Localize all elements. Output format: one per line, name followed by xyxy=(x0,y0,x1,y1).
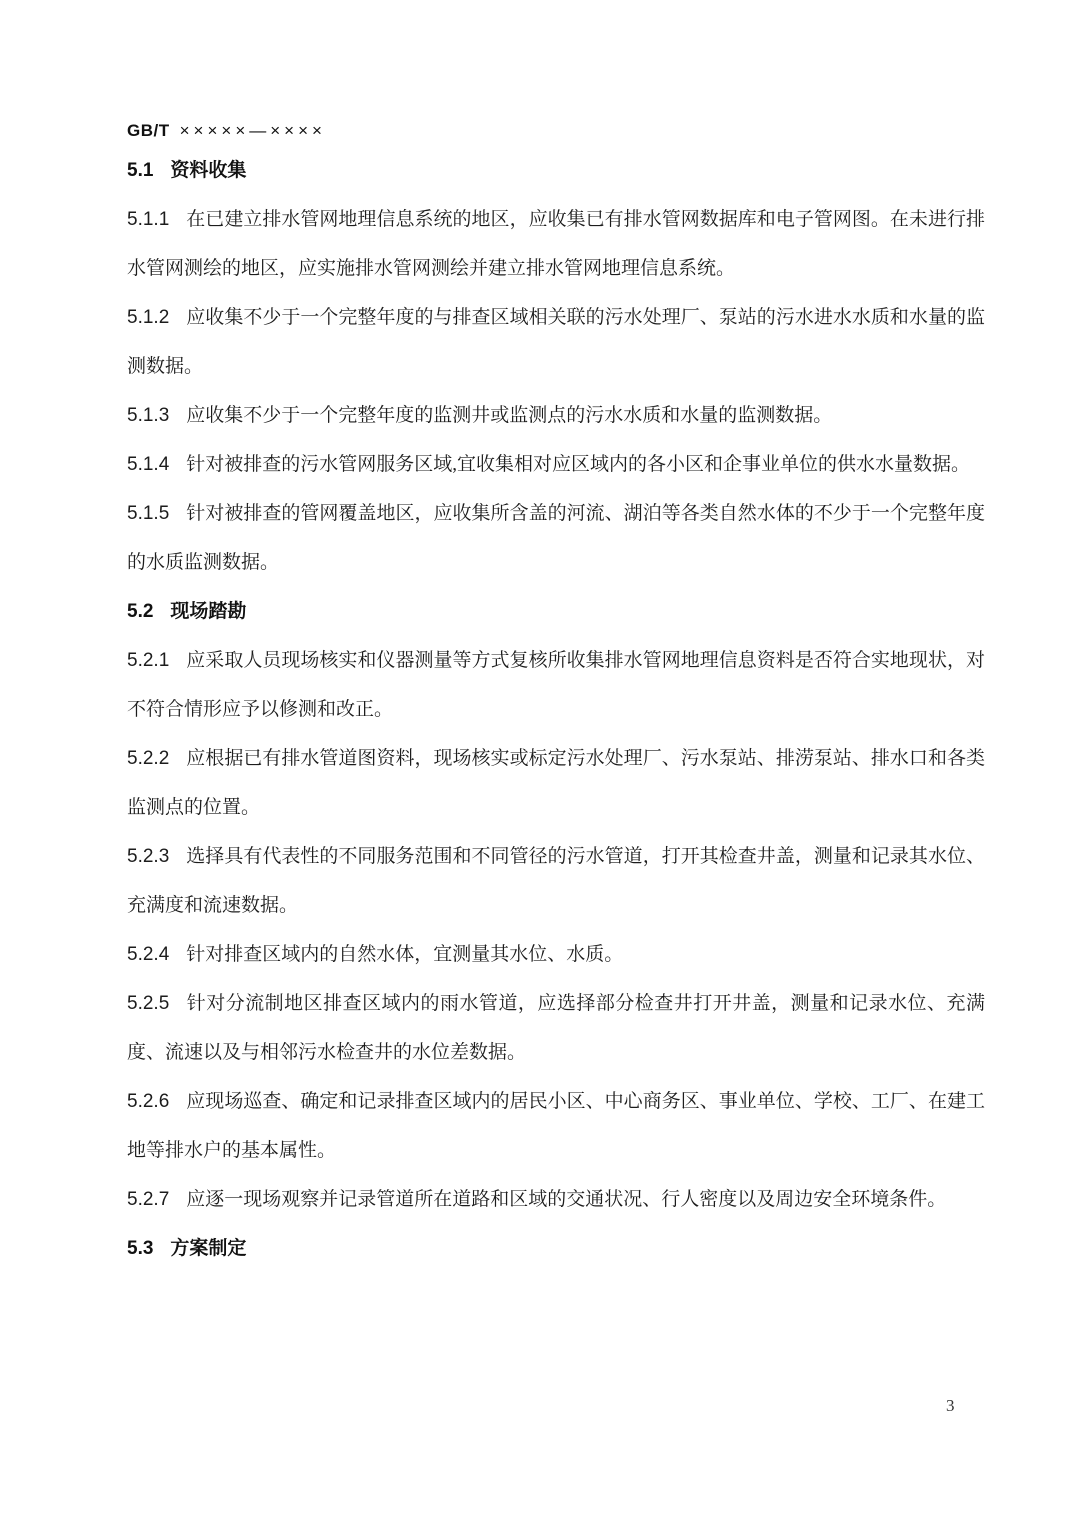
clause-number: 5.1.2 xyxy=(127,307,169,328)
clause-text: 应逐一现场观察并记录管道所在道路和区域的交通状况、行人密度以及周边安全环境条件。 xyxy=(186,1189,946,1210)
clause-number: 5.1.1 xyxy=(127,209,169,230)
document-header: GB/T×××××—×××× xyxy=(127,116,985,146)
clause-5-1-2: 5.1.2应收集不少于一个完整年度的与排查区域相关联的污水处理厂、泵站的污水进水… xyxy=(127,293,985,391)
section-number: 5.3 xyxy=(127,1238,153,1259)
section-title: 资料收集 xyxy=(170,160,246,181)
clause-text: 针对排查区域内的自然水体，宜测量其水位、水质。 xyxy=(186,944,623,965)
clause-number: 5.2.3 xyxy=(127,846,169,867)
clause-5-1-3: 5.1.3应收集不少于一个完整年度的监测井或监测点的污水水质和水量的监测数据。 xyxy=(127,391,985,440)
clause-number: 5.2.4 xyxy=(127,944,169,965)
clause-5-2-5: 5.2.5针对分流制地区排查区域内的雨水管道，应选择部分检查井打开井盖，测量和记… xyxy=(127,979,985,1077)
clause-number: 5.2.1 xyxy=(127,650,169,671)
document-page: GB/T×××××—×××× 5.1资料收集 5.1.1在已建立排水管网地理信息… xyxy=(0,0,1080,1527)
clause-text: 应收集不少于一个完整年度的与排查区域相关联的污水处理厂、泵站的污水进水水质和水量… xyxy=(127,307,985,377)
clause-number: 5.2.6 xyxy=(127,1091,169,1112)
clause-number: 5.1.4 xyxy=(127,454,169,475)
section-heading-5-1: 5.1资料收集 xyxy=(127,146,985,195)
clause-5-2-7: 5.2.7应逐一现场观察并记录管道所在道路和区域的交通状况、行人密度以及周边安全… xyxy=(127,1175,985,1224)
clause-5-2-3: 5.2.3选择具有代表性的不同服务范围和不同管径的污水管道，打开其检查井盖，测量… xyxy=(127,832,985,930)
section-title: 现场踏勘 xyxy=(170,601,246,622)
clause-number: 5.2.5 xyxy=(127,993,169,1014)
clause-text: 应根据已有排水管道图资料，现场核实或标定污水处理厂、污水泵站、排涝泵站、排水口和… xyxy=(127,748,985,818)
clause-5-2-2: 5.2.2应根据已有排水管道图资料，现场核实或标定污水处理厂、污水泵站、排涝泵站… xyxy=(127,734,985,832)
section-heading-5-2: 5.2现场踏勘 xyxy=(127,587,985,636)
clause-number: 5.2.2 xyxy=(127,748,169,769)
clause-5-1-5: 5.1.5针对被排查的管网覆盖地区，应收集所含盖的河流、湖泊等各类自然水体的不少… xyxy=(127,489,985,587)
clause-5-1-4: 5.1.4针对被排查的污水管网服务区域,宜收集相对应区域内的各小区和企事业单位的… xyxy=(127,440,985,489)
clause-text: 在已建立排水管网地理信息系统的地区，应收集已有排水管网数据库和电子管网图。在未进… xyxy=(127,209,985,279)
clause-5-2-4: 5.2.4针对排查区域内的自然水体，宜测量其水位、水质。 xyxy=(127,930,985,979)
clause-number: 5.1.5 xyxy=(127,503,169,524)
section-heading-5-3: 5.3方案制定 xyxy=(127,1224,985,1273)
section-title: 方案制定 xyxy=(170,1238,246,1259)
clause-5-2-1: 5.2.1应采取人员现场核实和仪器测量等方式复核所收集排水管网地理信息资料是否符… xyxy=(127,636,985,734)
clause-text: 针对分流制地区排查区域内的雨水管道，应选择部分检查井打开井盖，测量和记录水位、充… xyxy=(127,993,985,1063)
section-number: 5.2 xyxy=(127,601,153,622)
clause-number: 5.2.7 xyxy=(127,1189,169,1210)
clause-text: 针对被排查的污水管网服务区域,宜收集相对应区域内的各小区和企事业单位的供水水量数… xyxy=(186,454,970,475)
standard-number: ×××××—×××× xyxy=(180,121,326,140)
document-body: 5.1资料收集 5.1.1在已建立排水管网地理信息系统的地区，应收集已有排水管网… xyxy=(127,146,985,1273)
clause-text: 应收集不少于一个完整年度的监测井或监测点的污水水质和水量的监测数据。 xyxy=(186,405,832,426)
page-number: 3 xyxy=(946,1396,955,1416)
standard-prefix: GB/T xyxy=(127,121,170,140)
clause-5-2-6: 5.2.6应现场巡查、确定和记录排查区域内的居民小区、中心商务区、事业单位、学校… xyxy=(127,1077,985,1175)
clause-text: 应现场巡查、确定和记录排查区域内的居民小区、中心商务区、事业单位、学校、工厂、在… xyxy=(127,1091,985,1161)
clause-text: 应采取人员现场核实和仪器测量等方式复核所收集排水管网地理信息资料是否符合实地现状… xyxy=(127,650,985,720)
section-number: 5.1 xyxy=(127,160,153,181)
clause-text: 针对被排查的管网覆盖地区，应收集所含盖的河流、湖泊等各类自然水体的不少于一个完整… xyxy=(127,503,985,573)
clause-number: 5.1.3 xyxy=(127,405,169,426)
clause-5-1-1: 5.1.1在已建立排水管网地理信息系统的地区，应收集已有排水管网数据库和电子管网… xyxy=(127,195,985,293)
clause-text: 选择具有代表性的不同服务范围和不同管径的污水管道，打开其检查井盖，测量和记录其水… xyxy=(127,846,985,916)
